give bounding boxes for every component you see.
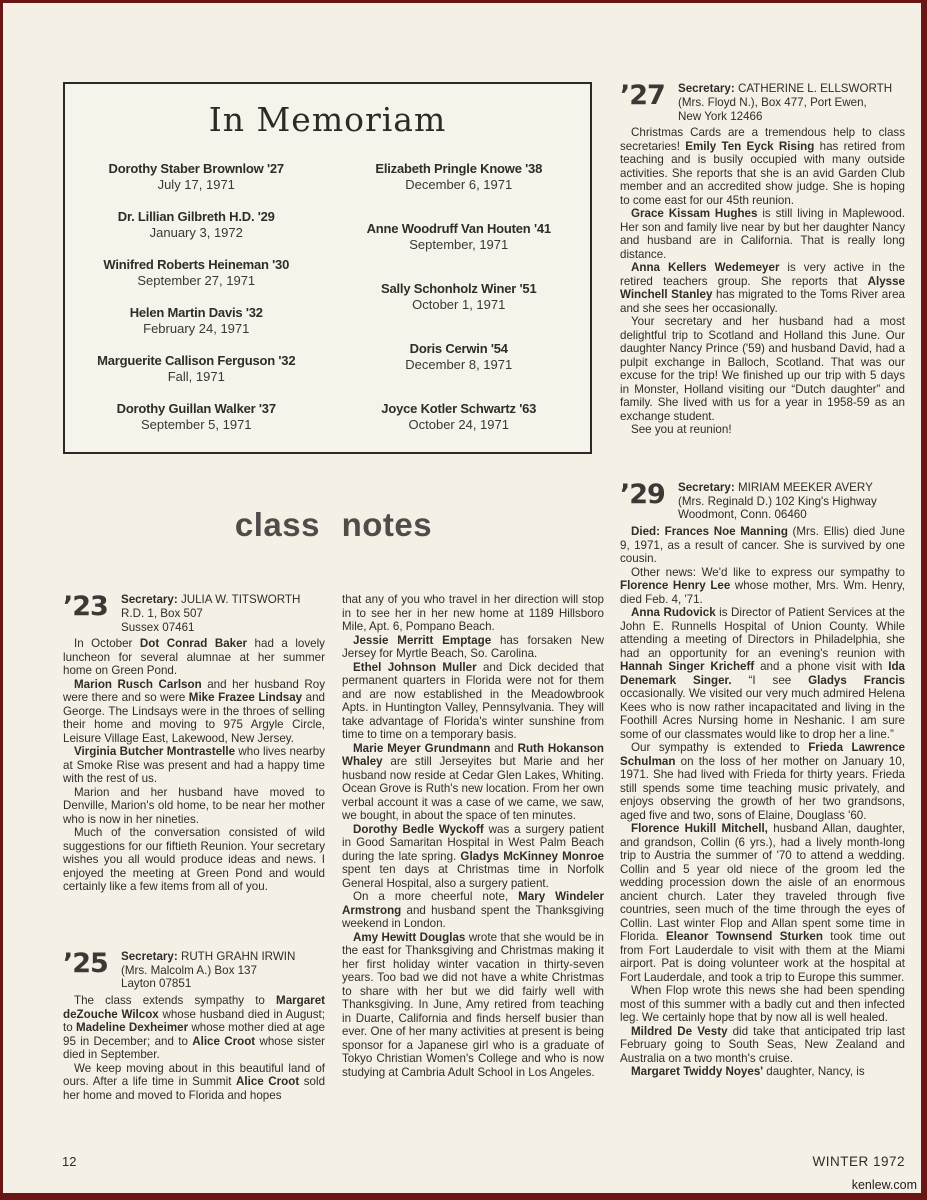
paragraph: Margaret Twiddy Noyes' daughter, Nancy, …: [620, 1065, 905, 1079]
section-header: ’27Secretary: CATHERINE L. ELLSWORTH(Mrs…: [620, 82, 905, 123]
secretary-line: Secretary: MIRIAM MEEKER AVERY: [678, 481, 905, 495]
page-footer: 12 WINTER 1972: [62, 1154, 905, 1169]
paragraph: Marion Rusch Carlson and her husband Roy…: [63, 678, 325, 746]
paragraph: See you at reunion!: [620, 423, 905, 437]
paragraph: We keep moving about in this beautiful l…: [63, 1062, 325, 1103]
memoriam-date: December 6, 1971: [328, 177, 591, 193]
class-year-numeral: ’29: [620, 481, 678, 522]
paragraph: Florence Hukill Mitchell, husband Allan,…: [620, 822, 905, 984]
class-year-numeral: ’27: [620, 82, 678, 123]
page-body: In Memoriam Dorothy Staber Brownlow '27J…: [3, 3, 921, 1102]
memoriam-entry: Elizabeth Pringle Knowe '38December 6, 1…: [328, 161, 591, 193]
section-class-25: ’25Secretary: RUTH GRAHN IRWIN(Mrs. Malc…: [63, 950, 325, 1102]
page-number: 12: [62, 1154, 76, 1169]
paragraph: Died: Frances Noe Manning (Mrs. Ellis) d…: [620, 525, 905, 566]
issue-label: WINTER 1972: [812, 1154, 905, 1169]
class-year-numeral: ’23: [63, 593, 121, 634]
paragraph: Our sympathy is extended to Frieda Lawre…: [620, 741, 905, 822]
memoriam-entry: Marguerite Callison Ferguson '32Fall, 19…: [65, 353, 328, 385]
secretary-line: Sussex 07461: [121, 621, 325, 635]
memoriam-name: Dr. Lillian Gilbreth H.D. '29: [65, 209, 328, 225]
paragraph: Your secretary and her husband had a mos…: [620, 315, 905, 423]
class-year-numeral: ’25: [63, 950, 121, 991]
memoriam-date: October 1, 1971: [328, 297, 591, 313]
secretary-line: R.D. 1, Box 507: [121, 607, 325, 621]
paragraph: Much of the conversation consisted of wi…: [63, 826, 325, 894]
paragraph: that any of you who travel in her direct…: [342, 593, 604, 634]
paragraph: Dorothy Bedle Wyckoff was a surgery pati…: [342, 823, 604, 891]
memoriam-name: Anne Woodruff Van Houten '41: [328, 221, 591, 237]
memoriam-entry: Doris Cerwin '54December 8, 1971: [328, 341, 591, 373]
paragraph: Christmas Cards are a tremendous help to…: [620, 126, 905, 207]
memoriam-name: Doris Cerwin '54: [328, 341, 591, 357]
in-memoriam-title: In Memoriam: [65, 100, 590, 139]
secretary-line: Secretary: JULIA W. TITSWORTH: [121, 593, 325, 607]
class-notes-heading: class notes: [63, 506, 604, 544]
secretary-line: Secretary: CATHERINE L. ELLSWORTH: [678, 82, 905, 96]
secretary-line: Woodmont, Conn. 06460: [678, 508, 905, 522]
memoriam-date: Fall, 1971: [65, 369, 328, 385]
secretary-line: New York 12466: [678, 110, 905, 124]
section-class-23: ’23Secretary: JULIA W. TITSWORTHR.D. 1, …: [63, 593, 325, 894]
secretary-address: Secretary: JULIA W. TITSWORTHR.D. 1, Box…: [121, 593, 325, 634]
memoriam-date: September 27, 1971: [65, 273, 328, 289]
secretary-address: Secretary: RUTH GRAHN IRWIN(Mrs. Malcolm…: [121, 950, 325, 991]
paragraph: Marion and her husband have moved to Den…: [63, 786, 325, 827]
memoriam-entry: Joyce Kotler Schwartz '63October 24, 197…: [328, 401, 591, 433]
paragraph: Other news: We'd like to express our sym…: [620, 566, 905, 607]
paragraph: Grace Kissam Hughes is still living in M…: [620, 207, 905, 261]
memoriam-right-column: Elizabeth Pringle Knowe '38December 6, 1…: [328, 161, 591, 461]
memoriam-entry: Anne Woodruff Van Houten '41September, 1…: [328, 221, 591, 253]
memoriam-entry: Winifred Roberts Heineman '30September 2…: [65, 257, 328, 289]
secretary-line: (Mrs. Malcolm A.) Box 137: [121, 964, 325, 978]
memoriam-name: Dorothy Guillan Walker '37: [65, 401, 328, 417]
memoriam-date: January 3, 1972: [65, 225, 328, 241]
memoriam-entry: Helen Martin Davis '32February 24, 1971: [65, 305, 328, 337]
secretary-line: Secretary: RUTH GRAHN IRWIN: [121, 950, 325, 964]
paragraph: The class extends sympathy to Margaret d…: [63, 994, 325, 1062]
magazine-page: In Memoriam Dorothy Staber Brownlow '27J…: [3, 3, 921, 1193]
memoriam-date: September, 1971: [328, 237, 591, 253]
memoriam-name: Elizabeth Pringle Knowe '38: [328, 161, 591, 177]
memoriam-date: October 24, 1971: [328, 417, 591, 433]
paragraph: Anna Rudovick is Director of Patient Ser…: [620, 606, 905, 741]
secretary-line: (Mrs. Floyd N.), Box 477, Port Ewen,: [678, 96, 905, 110]
memoriam-entry: Dorothy Guillan Walker '37September 5, 1…: [65, 401, 328, 433]
section-class-29: ’29Secretary: MIRIAM MEEKER AVERY(Mrs. R…: [620, 481, 905, 1079]
memoriam-name: Joyce Kotler Schwartz '63: [328, 401, 591, 417]
watermark: kenlew.com: [852, 1178, 917, 1192]
paragraph: Jessie Merritt Emptage has forsaken New …: [342, 634, 604, 661]
paragraph: Virginia Butcher Montrastelle who lives …: [63, 745, 325, 786]
memoriam-entry: Dr. Lillian Gilbreth H.D. '29January 3, …: [65, 209, 328, 241]
memoriam-entry: Dorothy Staber Brownlow '27July 17, 1971: [65, 161, 328, 193]
memoriam-entry: Sally Schonholz Winer '51October 1, 1971: [328, 281, 591, 313]
memoriam-name: Dorothy Staber Brownlow '27: [65, 161, 328, 177]
paragraph: In October Dot Conrad Baker had a lovely…: [63, 637, 325, 678]
memoriam-left-column: Dorothy Staber Brownlow '27July 17, 1971…: [65, 161, 328, 461]
section-class-27: ’27Secretary: CATHERINE L. ELLSWORTH(Mrs…: [620, 82, 905, 437]
paragraph: Marie Meyer Grundmann and Ruth Hokanson …: [342, 742, 604, 823]
left-area: In Memoriam Dorothy Staber Brownlow '27J…: [63, 82, 604, 1102]
memoriam-date: September 5, 1971: [65, 417, 328, 433]
section-header: ’29Secretary: MIRIAM MEEKER AVERY(Mrs. R…: [620, 481, 905, 522]
secretary-line: (Mrs. Reginald D.) 102 King's Highway: [678, 495, 905, 509]
secretary-address: Secretary: MIRIAM MEEKER AVERY(Mrs. Regi…: [678, 481, 905, 522]
memoriam-date: February 24, 1971: [65, 321, 328, 337]
paragraph: Mildred De Vesty did take that anticipat…: [620, 1025, 905, 1066]
notes-column-3: ’27Secretary: CATHERINE L. ELLSWORTH(Mrs…: [620, 82, 905, 1102]
paragraph: Anna Kellers Wedemeyer is very active in…: [620, 261, 905, 315]
in-memoriam-box: In Memoriam Dorothy Staber Brownlow '27J…: [63, 82, 592, 454]
secretary-address: Secretary: CATHERINE L. ELLSWORTH(Mrs. F…: [678, 82, 905, 123]
section-header: ’25Secretary: RUTH GRAHN IRWIN(Mrs. Malc…: [63, 950, 325, 991]
paragraph: When Flop wrote this news she had been s…: [620, 984, 905, 1025]
memoriam-name: Marguerite Callison Ferguson '32: [65, 353, 328, 369]
section-header: ’23Secretary: JULIA W. TITSWORTHR.D. 1, …: [63, 593, 325, 634]
memoriam-name: Helen Martin Davis '32: [65, 305, 328, 321]
memoriam-date: July 17, 1971: [65, 177, 328, 193]
secretary-line: Layton 07851: [121, 977, 325, 991]
section-class-25-continued: that any of you who travel in her direct…: [342, 593, 604, 1079]
notes-columns: ’23Secretary: JULIA W. TITSWORTHR.D. 1, …: [63, 593, 604, 1102]
paragraph: Amy Hewitt Douglas wrote that she would …: [342, 931, 604, 1080]
paragraph: On a more cheerful note, Mary Windeler A…: [342, 890, 604, 931]
memoriam-name: Sally Schonholz Winer '51: [328, 281, 591, 297]
paragraph: Ethel Johnson Muller and Dick decided th…: [342, 661, 604, 742]
in-memoriam-columns: Dorothy Staber Brownlow '27July 17, 1971…: [65, 161, 590, 461]
memoriam-date: December 8, 1971: [328, 357, 591, 373]
notes-column-1: ’23Secretary: JULIA W. TITSWORTHR.D. 1, …: [63, 593, 325, 1102]
memoriam-name: Winifred Roberts Heineman '30: [65, 257, 328, 273]
notes-column-2: that any of you who travel in her direct…: [342, 593, 604, 1102]
